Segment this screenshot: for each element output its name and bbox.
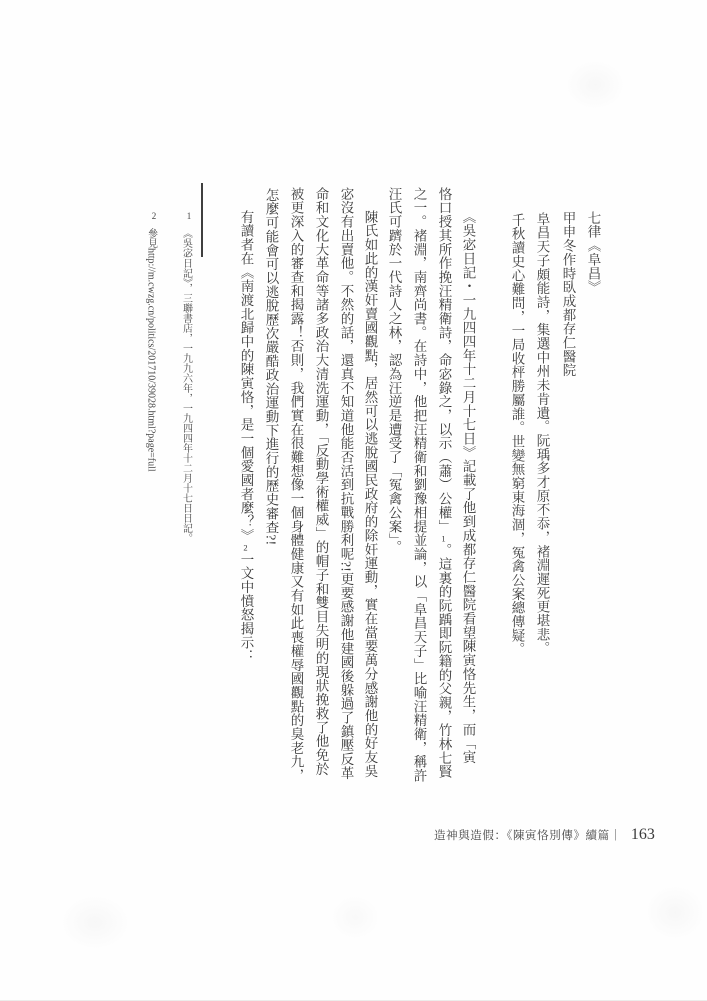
column-text: 一文中憤怒揭示： [239,552,254,663]
poem-line: 千秋讀史心難問，一局收枰勝屬誰。世變無窮東海涸，冤禽公案總傳疑。 [509,213,524,656]
body-column: 宓沒有出賣他。不然的話，還真不知道他能否活到抗戰勝利呢?!更要感謝他建國後躲過了… [338,187,353,780]
poem-title: 七律《阜昌》 [585,211,600,294]
footnote-text: 參見http://m.cwzg.cn/politics/201710/39028… [145,228,157,472]
footnote-text: 《吳宓日記》，三聯書店，一九九六年，一九四四年十二月十七日日記。 [180,228,192,543]
footnote-separator-rule [201,183,203,257]
body-column: 陳氏如此的漢奸賣國觀點，居然可以逃脫國民政府的除奸運動，實在當要萬分感謝他的好友… [362,210,377,778]
footnote-marker: 1 [439,533,449,543]
scanned-book-page: 七律《阜昌》 甲申冬作時臥成都存仁醫院 阜昌天子頗能詩，集選中州未肯遺。阮瑀多才… [0,0,707,1001]
body-column: 有讀者在《南渡北歸中的陳寅恪，是一個愛國者麼？》2一文中憤怒揭示： [238,210,253,663]
body-column: 怎麼可能會可以逃脫歷次嚴酷政治運動下進行的歷史審查?! [263,188,278,545]
poem-line: 阜昌天子頗能詩，集選中州未肯遺。阮瑀多才原不忝，褚淵遲死更堪悲。 [534,212,549,655]
body-column: 汪氏可躋於一代詩人之林，認為汪逆是遭受了「冤禽公案」。 [386,187,401,554]
running-title: 造神與造假：《陳寅恪別傳》續篇｜ [434,827,622,843]
scan-artifact [60,895,130,950]
column-text: 恪口授其所作挽汪精衛詩，命宓錄之，以示（蕭）公權」 [437,187,452,533]
scan-artifact [645,885,705,940]
scan-artifact [565,60,625,110]
body-column: 命和文化大革命等諸多政治大清洗運動，「反動學術權威」的帽子和雙目失明的現狀挽救了… [313,187,328,776]
body-column: 被更深入的審查和揭露！否則，我們實在很難想像一個身體健康又有如此喪權辱國觀點的臭… [288,187,303,783]
column-text: 。這裏的阮踽即阮籍的父親，竹林七賢 [437,543,452,778]
body-column: 恪口授其所作挽汪精衛詩，命宓錄之，以示（蕭）公權」1。這裏的阮踽即阮籍的父親，竹… [436,187,451,779]
column-text: 有讀者在《南渡北歸中的陳寅恪，是一個愛國者麼？》 [239,210,254,542]
footnote-number: 1 [183,211,194,221]
footnote-marker: 2 [241,542,251,552]
scan-artifact [330,895,380,940]
page-footer: 造神與造假：《陳寅恪別傳》續篇｜ 163 [434,826,655,844]
body-column: 《吳宓日記・一九四四年十二月十七日》記載了他到成都存仁醫院看望陳寅恪先生，而「寅 [460,210,475,764]
body-column: 之一。褚淵，南齊尚書。在詩中，他把汪精衛和劉豫相提並論，以「阜昌天子」比喻汪精衛… [411,187,426,783]
page-number: 163 [631,826,655,844]
footnote-number: 2 [148,211,159,221]
poem-subtitle: 甲申冬作時臥成都存仁醫院 [560,211,575,377]
